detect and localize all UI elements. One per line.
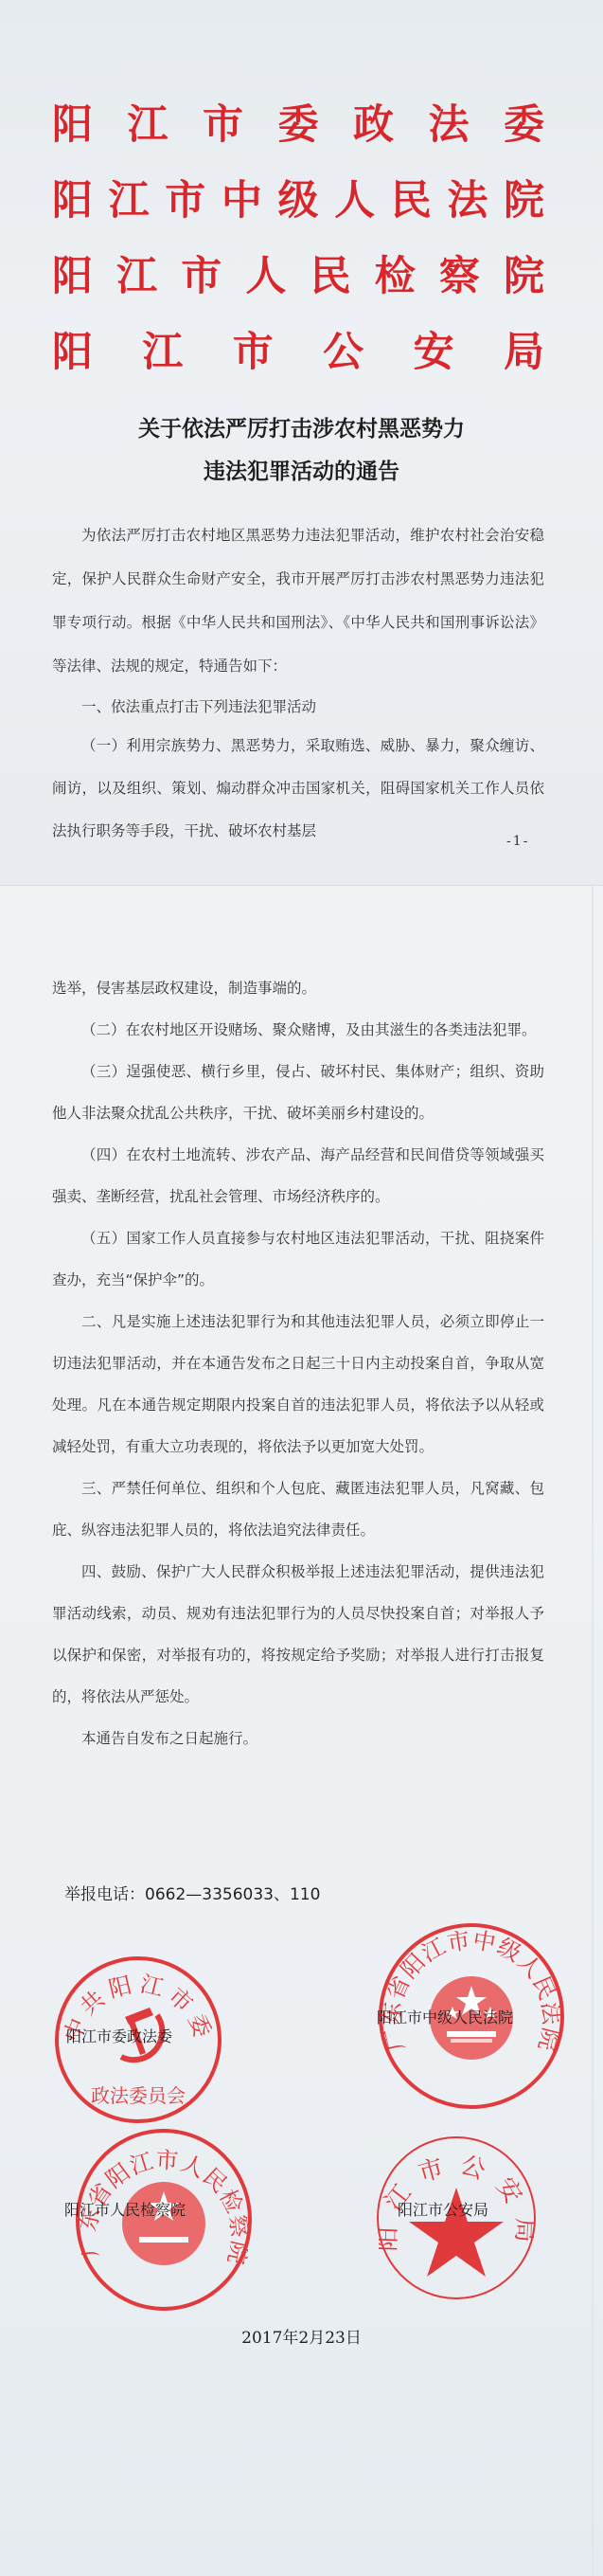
masthead-char: 江 xyxy=(116,239,157,315)
page2-body: 选举，侵害基层政权建设，制造事端的。 （二）在农村地区开设赌场、聚众赌博，及由其… xyxy=(52,967,544,1759)
page1-body: 为依法严厉打击农村地区黑恶势力违法犯罪活动，维护农村社会治安稳定，保护人民群众生… xyxy=(52,513,544,853)
masthead-char: 院 xyxy=(504,163,544,239)
masthead-char: 市 xyxy=(165,163,205,239)
section-1-heading: 一、依法重点打击下列违法犯罪活动 xyxy=(52,690,544,725)
section-2-paragraph: 二、凡是实施上述违法犯罪行为和其他违法犯罪人员，必须立即停止一切违法犯罪活动，并… xyxy=(52,1301,544,1468)
intro-paragraph: 为依法严厉打击农村地区黑恶势力违法犯罪活动，维护农村社会治安稳定，保护人民群众生… xyxy=(52,513,544,688)
masthead-line-1: 阳江市委政法委 xyxy=(52,87,544,163)
masthead-char: 检 xyxy=(375,239,416,315)
masthead-char: 中 xyxy=(222,163,262,239)
masthead-char: 阳 xyxy=(52,315,93,390)
seal-name-intermediate-court: 阳江市中级人民法院 xyxy=(377,2006,513,2027)
masthead-line-4: 阳江市公安局 xyxy=(52,315,544,390)
masthead-char: 人 xyxy=(245,239,286,315)
item-3-paragraph: （三）逞强使恶、横行乡里，侵占、破坏村民、集体财产；组织、资助他人非法聚众扰乱公… xyxy=(52,1051,544,1134)
masthead-char: 局 xyxy=(504,315,544,390)
document-page-1: 阳江市委政法委 阳江市中级人民法院 阳江市人民检察院 阳江市公安局 关于依法严厉… xyxy=(0,0,603,886)
masthead-char: 察 xyxy=(439,239,480,315)
effective-date-statement: 本通告自发布之日起施行。 xyxy=(52,1718,544,1759)
seal-name-public-security-bureau: 阳江市公安局 xyxy=(398,2198,488,2220)
masthead-char: 阳 xyxy=(52,239,93,315)
section-3-paragraph: 三、严禁任何单位、组织和个人包庇、藏匿违法犯罪人员，凡窝藏、包庇、纵容违法犯罪人… xyxy=(52,1468,544,1551)
report-hotline: 举报电话：0662—3356033、110 xyxy=(64,1881,320,1904)
masthead-char: 委 xyxy=(278,87,319,163)
svg-text:政法委员会: 政法委员会 xyxy=(91,2084,186,2107)
masthead-char: 市 xyxy=(181,239,222,315)
document-title: 关于依法严厉打击涉农村黑恶势力 违法犯罪活动的通告 xyxy=(0,407,603,493)
masthead: 阳江市委政法委 阳江市中级人民法院 阳江市人民检察院 阳江市公安局 xyxy=(52,87,544,390)
masthead-char: 江 xyxy=(109,163,150,239)
seal-name-political-legal-committee: 阳江市委政法委 xyxy=(66,2025,172,2046)
masthead-char: 江 xyxy=(128,87,168,163)
masthead-char: 市 xyxy=(233,315,274,390)
seal-procuratorate: 广东省阳江市人民检察院 xyxy=(76,2129,252,2311)
item-2-paragraph: （二）在农村地区开设赌场、聚众赌博，及由其滋生的各类违法犯罪。 xyxy=(52,1009,544,1051)
masthead-char: 法 xyxy=(447,163,488,239)
masthead-char: 法 xyxy=(429,87,470,163)
item-1-paragraph-end: 选举，侵害基层政权建设，制造事端的。 xyxy=(52,967,544,1009)
national-emblem-icon: 广东省阳江市人民检察院 xyxy=(80,2133,248,2307)
masthead-char: 市 xyxy=(203,87,243,163)
masthead-char: 级 xyxy=(278,163,319,239)
signing-date: 2017年2月23日 xyxy=(0,2324,603,2348)
masthead-char: 安 xyxy=(414,315,454,390)
item-1-paragraph-start: （一）利用宗族势力、黑恶势力，采取贿选、威胁、暴力，聚众缠访、闹访，以及组织、策… xyxy=(52,725,544,853)
seal-name-procuratorate: 阳江市人民检察院 xyxy=(64,2198,186,2220)
masthead-line-2: 阳江市中级人民法院 xyxy=(52,163,544,239)
masthead-char: 院 xyxy=(504,239,544,315)
masthead-char: 阳 xyxy=(52,163,93,239)
section-4-paragraph: 四、鼓励、保护广大人民群众积极举报上述违法犯罪活动，提供违法犯罪活动线索，动员、… xyxy=(52,1551,544,1718)
masthead-char: 公 xyxy=(323,315,364,390)
masthead-char: 民 xyxy=(391,163,432,239)
masthead-char: 阳 xyxy=(52,87,93,163)
masthead-char: 政 xyxy=(353,87,394,163)
masthead-char: 民 xyxy=(310,239,351,315)
page-number: -1- xyxy=(506,834,529,849)
title-line-1: 关于依法严厉打击涉农村黑恶势力 xyxy=(0,407,603,450)
document-page-2: 选举，侵害基层政权建设，制造事端的。 （二）在农村地区开设赌场、聚众赌博，及由其… xyxy=(0,886,603,2576)
masthead-char: 委 xyxy=(504,87,544,163)
masthead-char: 人 xyxy=(334,163,375,239)
item-4-paragraph: （四）在农村土地流转、涉农产品、海产品经营和民间借贷等领域强买强卖、垄断经营，扰… xyxy=(52,1134,544,1217)
masthead-char: 江 xyxy=(142,315,183,390)
title-line-2: 违法犯罪活动的通告 xyxy=(0,450,603,493)
masthead-line-3: 阳江市人民检察院 xyxy=(52,239,544,315)
item-5-paragraph: （五）国家工作人员直接参与农村地区违法犯罪活动，干扰、阻挠案件查办，充当“保护伞… xyxy=(52,1217,544,1301)
